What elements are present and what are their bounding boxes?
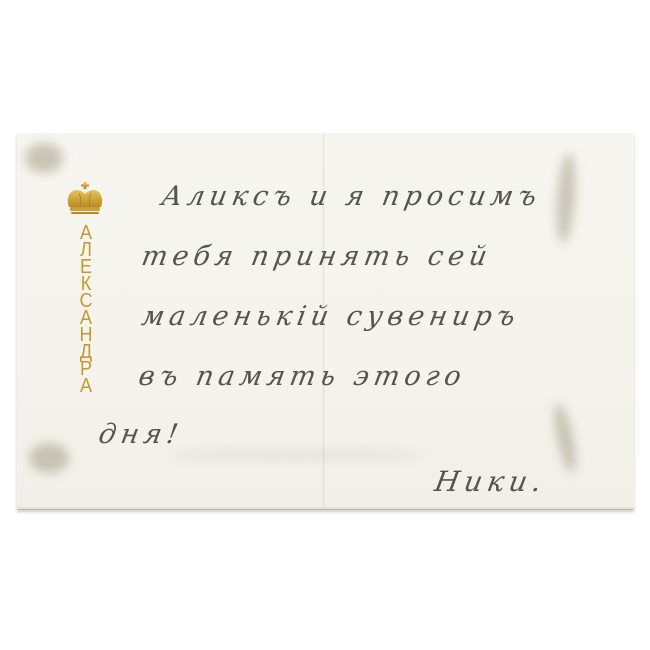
message-line: тебя принять сей	[139, 241, 494, 272]
message-line: Аликсъ и я просимъ	[159, 181, 544, 212]
handwritten-card: А Л Е К С А Н Д Р А Аликсъ и я просимъ т…	[17, 133, 634, 509]
message-line: дня!	[96, 419, 185, 450]
message-line: маленькій сувениръ	[139, 301, 522, 332]
signature: Ники.	[432, 465, 549, 498]
message-line: въ память этого	[136, 361, 468, 392]
handwritten-message: Аликсъ и я просимъ тебя принять сей мале…	[17, 133, 634, 507]
